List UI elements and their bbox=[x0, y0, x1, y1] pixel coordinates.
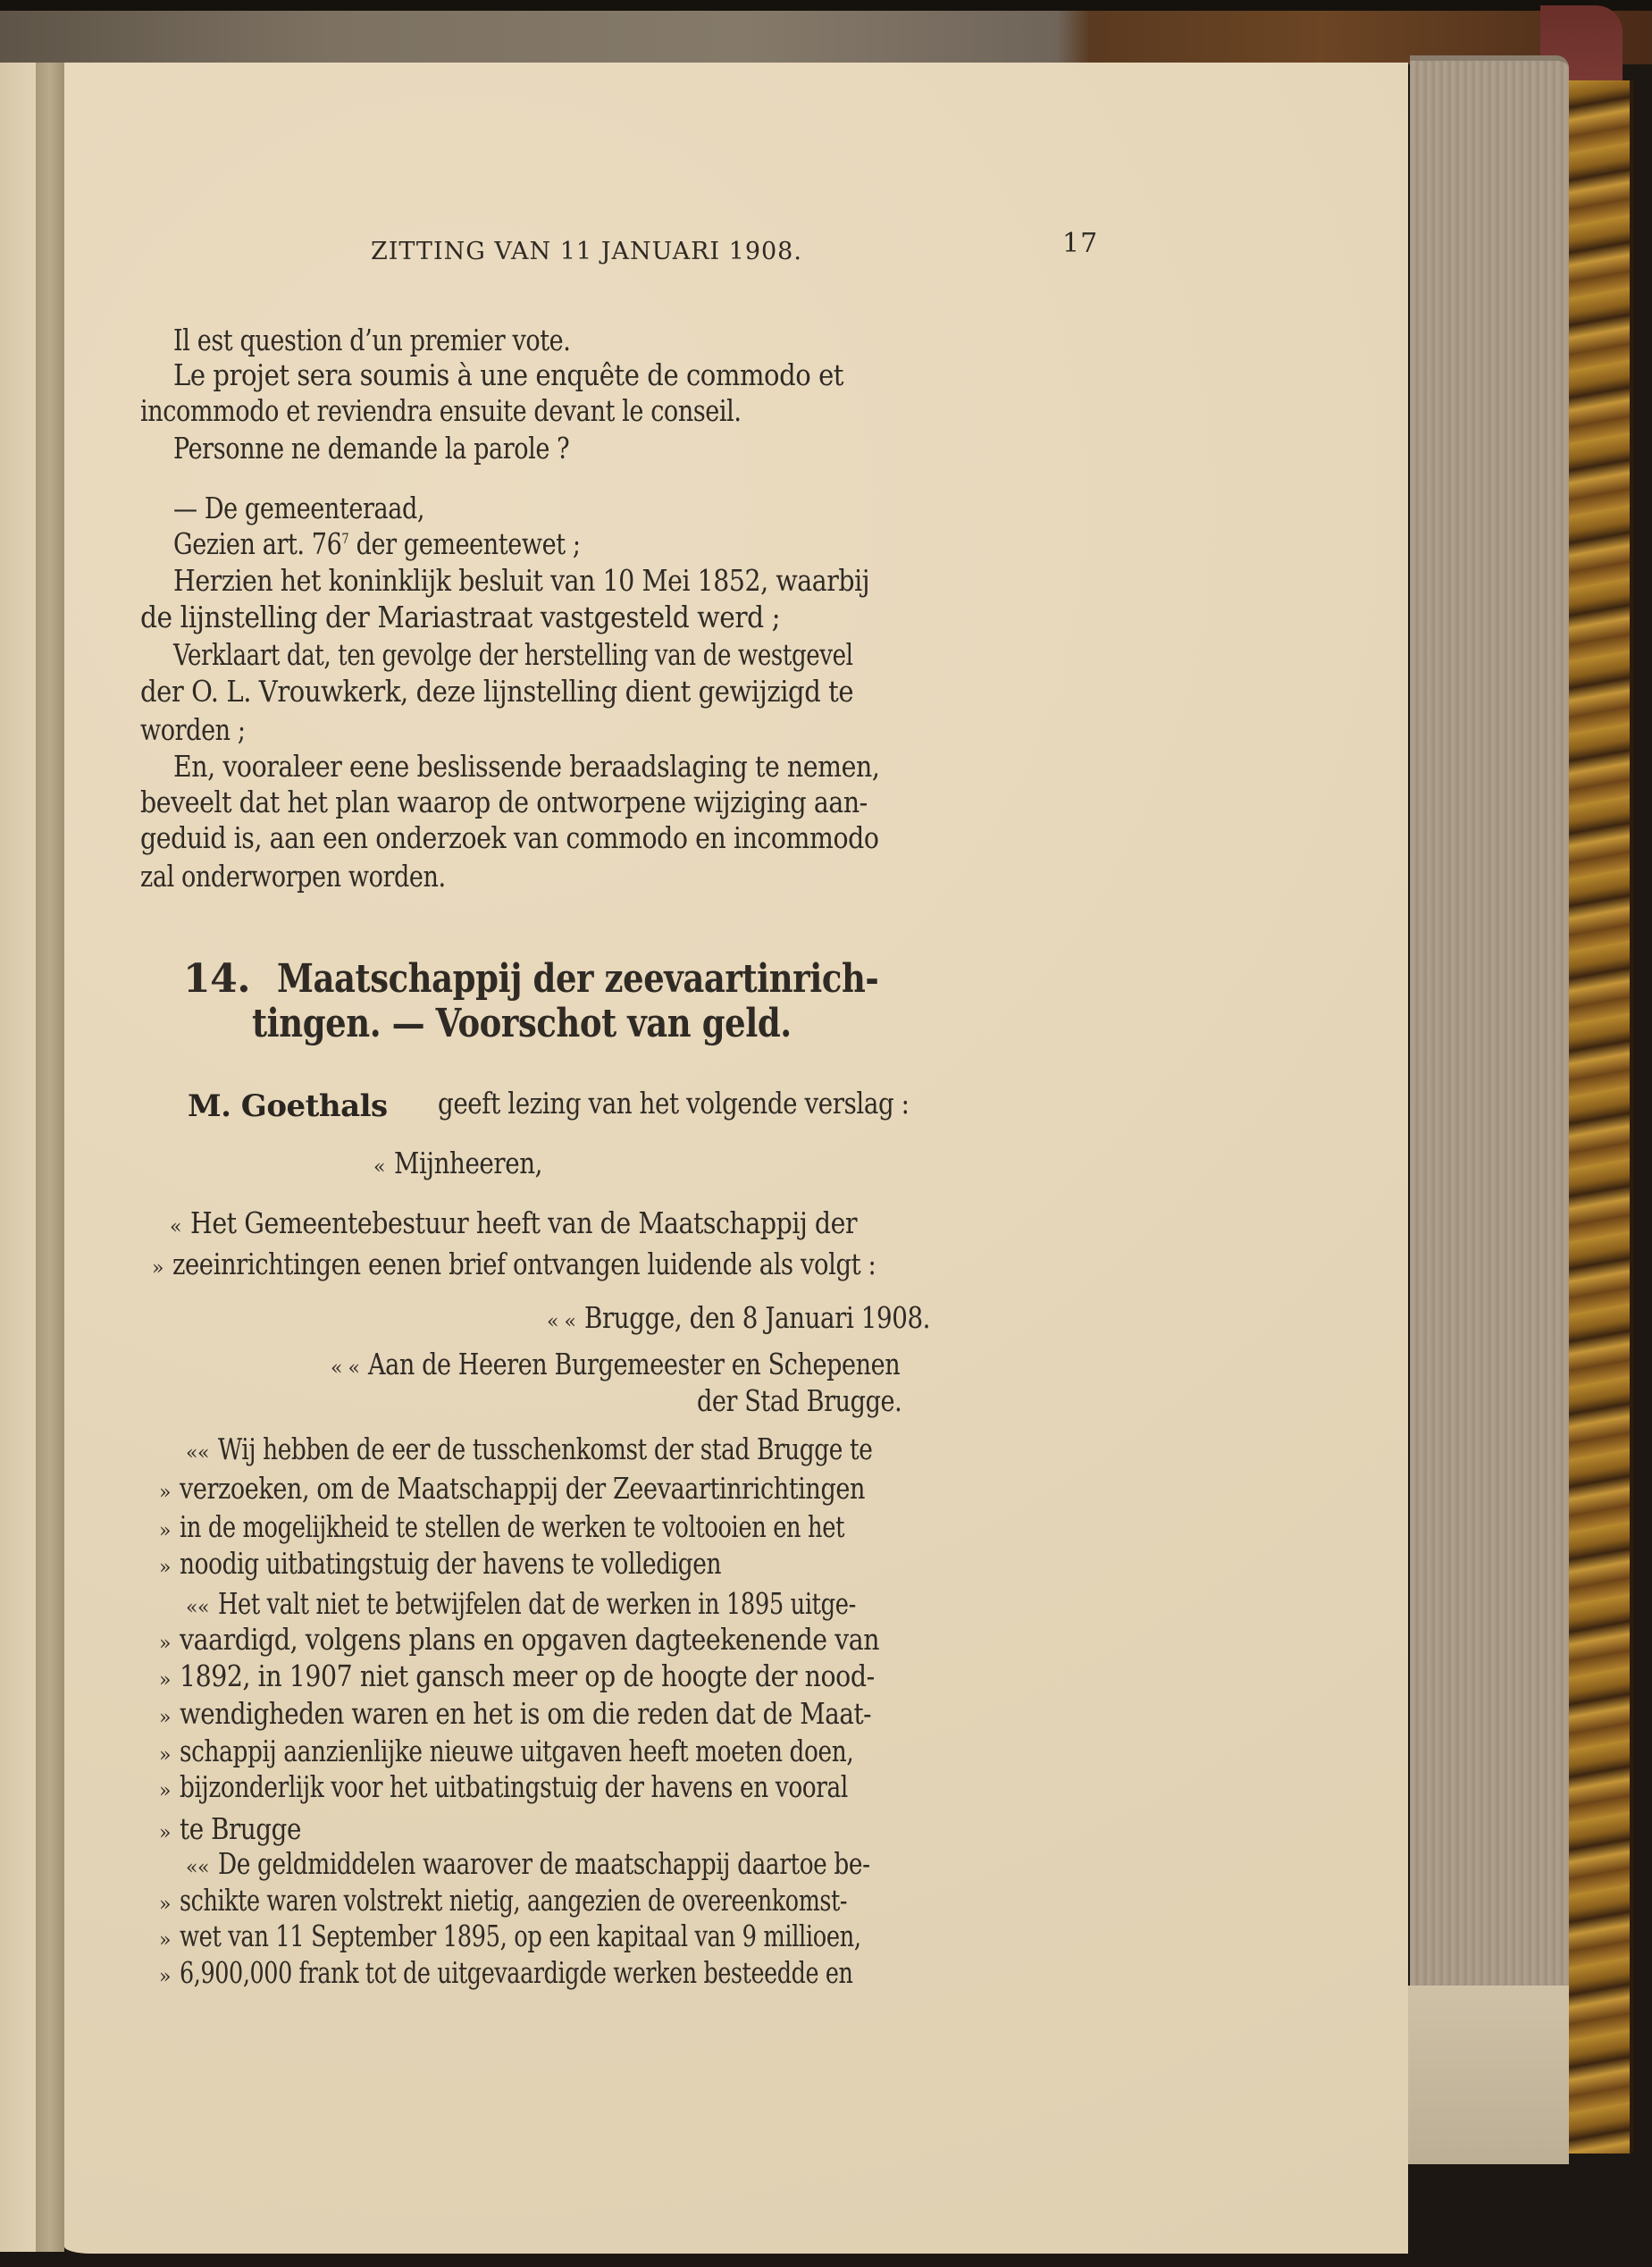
letter-line: «« Het valt niet te betwijfelen dat de w… bbox=[186, 1589, 1036, 1618]
body-line: der O. L. Vrouwkerk, deze lijnstelling d… bbox=[140, 676, 853, 706]
letter-line: » wendigheden waren en het is om die red… bbox=[159, 1699, 1003, 1728]
body-line: Il est question d’un premier vote. bbox=[173, 325, 570, 355]
letter-line: » verzoeken, om de Maatschappij der Zeev… bbox=[159, 1474, 1015, 1503]
letter-line: » vaardigd, volgens plans en opgaven dag… bbox=[159, 1625, 994, 1654]
speaker-name: M. Goethals bbox=[188, 1091, 388, 1121]
running-header: ZITTING VAN 11 JANUARI 1908. bbox=[371, 239, 802, 264]
letter-line: » 6,900,000 frank tot de uitgevaardigde … bbox=[159, 1958, 1054, 1987]
book-page-edges-lower bbox=[1408, 1986, 1569, 2164]
book-cover-marbled-edge bbox=[1569, 80, 1633, 2154]
body-line: geduid is, aan een onderzoek van commodo… bbox=[140, 823, 879, 852]
letter-line: » te Brugge bbox=[159, 1814, 324, 1843]
section-title-line-1: Maatschappij der zeevaartinrich- bbox=[277, 960, 878, 999]
letter-line: «« De geldmiddelen waarover de maatschap… bbox=[186, 1849, 1033, 1878]
body-line: Gezien art. 767 der gemeentewet ; bbox=[173, 529, 581, 558]
body-line: beveelt dat het plan waarop de ontworpen… bbox=[140, 787, 868, 817]
letter-line: « « Aan de Heeren Burgemeester en Schepe… bbox=[331, 1349, 1017, 1379]
letter-line: « « Brugge, den 8 Januari 1908. bbox=[547, 1303, 996, 1332]
section-number: 14. bbox=[183, 960, 250, 999]
letter-line: » bijzonderlijk voor het uitbatingstuig … bbox=[159, 1772, 1015, 1801]
quote-mark: « bbox=[373, 1156, 385, 1179]
body-line: zal onderworpen worden. bbox=[140, 861, 446, 891]
letter-line: » wet van 11 September 1895, op een kapi… bbox=[159, 1921, 1053, 1951]
body-line: de lijnstelling der Mariastraat vastgest… bbox=[140, 602, 780, 632]
letter-line: » zeeinrichtingen eenen brief ontvangen … bbox=[152, 1249, 1020, 1279]
body-line: Verklaart dat, ten gevolge der herstelli… bbox=[173, 640, 853, 669]
letter-line: « Mijnheeren, bbox=[373, 1148, 571, 1178]
letter-line: » noodig uitbatingstuig der havens te vo… bbox=[159, 1549, 857, 1578]
facing-page-edge bbox=[0, 63, 38, 2252]
section-title-line-2: tingen. — Voorschot van geld. bbox=[252, 1004, 792, 1044]
book-page-edges bbox=[1410, 55, 1569, 1991]
speaker-text: geeft lezing van het volgende verslag : bbox=[438, 1088, 910, 1118]
body-line: Le projet sera soumis à une enquête de c… bbox=[173, 360, 843, 390]
body-line: incommodo et reviendra ensuite devant le… bbox=[140, 396, 742, 425]
letter-line: » schikte waren volstrekt nietig, aangez… bbox=[159, 1885, 1046, 1915]
body-line: worden ; bbox=[140, 715, 246, 744]
body-line: Personne ne demande la parole ? bbox=[173, 433, 569, 463]
book-gutter bbox=[36, 63, 64, 2252]
letter-line: » schappij aanzienlijke nieuwe uitgaven … bbox=[159, 1736, 1022, 1766]
letter-line: «« Wij hebben de eer de tusschenkomst de… bbox=[186, 1434, 1036, 1464]
body-line: Herzien het koninklijk besluit van 10 Me… bbox=[173, 566, 869, 595]
page-number: 17 bbox=[1062, 231, 1098, 257]
body-line: — De gemeenteraad, bbox=[173, 493, 424, 523]
letter-line: » in de mogelijkheid te stellen de werke… bbox=[159, 1512, 1032, 1541]
letter-line: » 1892, in 1907 niet gansch meer op de h… bbox=[159, 1661, 987, 1691]
letter-line: der Stad Brugge. bbox=[697, 1386, 901, 1415]
letter-line: « Het Gemeentebestuur heeft van de Maats… bbox=[170, 1208, 966, 1238]
body-line: En, vooraleer eene beslissende beraadsla… bbox=[173, 751, 879, 781]
background-shadow bbox=[0, 0, 1652, 11]
